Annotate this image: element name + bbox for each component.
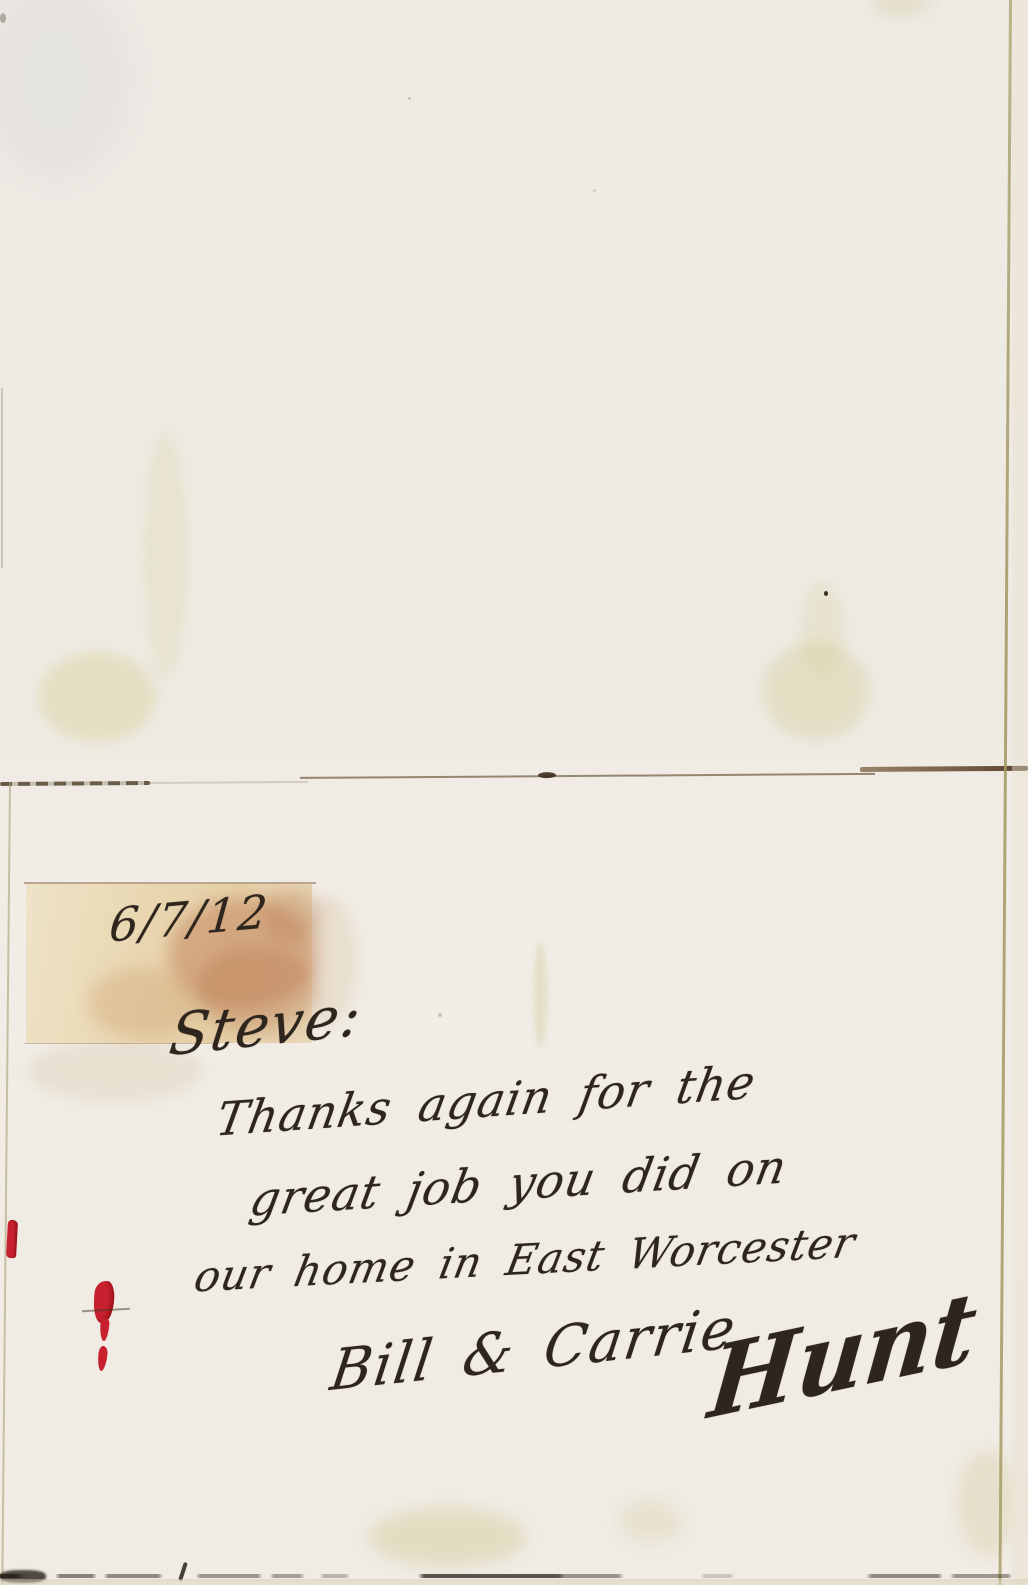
page-bottom-edge: [0, 1579, 1028, 1585]
left-crease-line: [1, 782, 11, 1585]
page-right-margin: [1012, 0, 1028, 1585]
paper-stain: [958, 1450, 1016, 1555]
paper-stain: [370, 1508, 525, 1566]
ink-speck: [0, 13, 6, 23]
red-ink-mark: [6, 1220, 18, 1258]
handwritten-signature-surname: Hunt: [704, 1269, 982, 1442]
red-ink-mark: [99, 1318, 110, 1342]
page-edge-line-left: [1, 388, 3, 568]
handwritten-signature-names: Bill & Carrie: [327, 1295, 741, 1404]
ink-speck: [593, 189, 596, 192]
paper-stain: [800, 580, 845, 675]
handwritten-note-line: great job you did on: [246, 1139, 792, 1226]
paper-stain: [870, 0, 932, 16]
crease-segment: [0, 781, 150, 786]
handwritten-note-line: our home in East Worcester: [190, 1217, 860, 1301]
paper-stain: [38, 652, 156, 742]
page-bottom-edge-marks: [0, 1574, 1028, 1578]
crease-segment: [860, 766, 1028, 772]
crease-segment: [300, 773, 875, 779]
handwritten-note-line: Thanks again for the: [212, 1054, 760, 1146]
ink-speck: [824, 591, 828, 596]
ink-speck: [438, 1013, 442, 1017]
paper-stain: [620, 1500, 682, 1542]
crease-segment: [148, 781, 308, 784]
paper-stain: [762, 642, 870, 740]
paper-stain: [143, 430, 188, 680]
crease-dark-spot: [538, 772, 556, 778]
ink-speck: [408, 97, 411, 100]
tape-stain: [262, 890, 322, 942]
page-edge-line-right: [998, 0, 1011, 1585]
red-ink-mark: [97, 1346, 109, 1372]
fold-crease-line: [0, 765, 1028, 790]
paper-stain: [0, 0, 130, 180]
paper-stain: [534, 942, 547, 1047]
scanned-note-page: 6/7/12 Steve: Thanks again for the great…: [0, 0, 1028, 1585]
